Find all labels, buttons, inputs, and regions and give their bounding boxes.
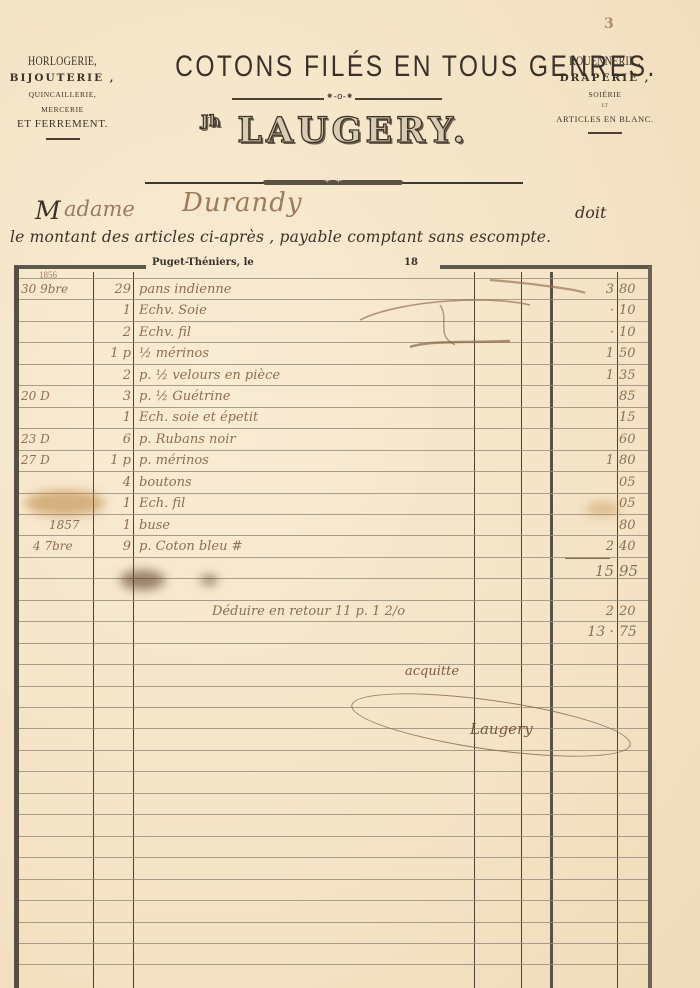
row-description: p. mérinos [139, 450, 469, 471]
ornamental-long-rule: ✶ ✶ [145, 180, 523, 186]
ruling-line [19, 900, 648, 901]
ruling-line [19, 793, 648, 794]
row-qty: 1 [95, 407, 135, 428]
place-date-label: Puget-Théniers, le [152, 257, 254, 268]
row-cents: 10 [619, 322, 649, 343]
sum-underline [565, 558, 610, 560]
printed-m: M [35, 196, 61, 225]
tagline: COTONS FILÉS EN TOUS GENRES. [175, 50, 495, 84]
row-cents: 60 [619, 429, 649, 450]
ledger-subtotal-row: 15 95 [19, 561, 648, 582]
terms-line: le montant des articles ci-après , payab… [10, 228, 551, 246]
ruling-line [19, 879, 648, 880]
row-description: Ech. fil [139, 493, 469, 514]
row-date: 4 7bre [21, 536, 105, 557]
row-cents: 85 [619, 386, 649, 407]
row-cents: 35 [619, 365, 649, 386]
row-qty: 6 [95, 429, 135, 450]
row-qty: 9 [95, 536, 135, 557]
row-qty: 2 [95, 365, 135, 386]
firm-name: Jh LAUGERY. [160, 110, 510, 151]
row-cents: 80 [619, 515, 649, 536]
subtotal-francs: 15 [554, 561, 618, 582]
ledger-row: 1857 1 buse 80 [19, 515, 648, 536]
ruling-line [19, 836, 648, 837]
trade-quincaillerie: QUINCAILLERIE, [0, 90, 125, 99]
row-francs [554, 386, 618, 407]
deduction-description: Déduire en retour 11 p. 1 2/o [212, 601, 542, 622]
ledger-row: 1 Ech. soie et épetit 15 [19, 407, 648, 428]
row-francs [554, 429, 618, 450]
row-francs: 1 [554, 365, 618, 386]
salutation-handwritten: adame [64, 197, 135, 221]
row-date [21, 343, 93, 364]
ruling-line [19, 964, 648, 965]
trade-soierie: SOIÉRIE [540, 90, 670, 99]
deduction-cents: 20 [619, 601, 649, 622]
page-marker: 3 [604, 16, 616, 34]
row-description: buse [139, 515, 469, 536]
row-cents: 40 [619, 536, 649, 557]
row-date [21, 365, 93, 386]
row-cents: 80 [619, 450, 649, 471]
ruling-line [19, 943, 648, 944]
row-cents: 15 [619, 407, 649, 428]
row-date [21, 493, 93, 514]
ledger-row: 4 7bre 9 p. Coton bleu # 2 40 [19, 536, 648, 557]
total-cents: 75 [619, 622, 649, 643]
doit-label: doit [575, 203, 606, 222]
trade-horlogerie: HORLOGERIE, [13, 54, 113, 69]
signature: Laugery [470, 720, 533, 738]
firm-prefix: Jh [201, 112, 221, 130]
ruling-line [19, 643, 648, 644]
row-cents: 80 [619, 279, 649, 300]
ruling-line [19, 814, 648, 815]
ledger-row: 20 D 3 p. ½ Guétrine 85 [19, 386, 648, 407]
star-ornament-icon: ✶ ✶ [323, 175, 343, 186]
row-cents: 50 [619, 343, 649, 364]
ledger-row: 2 p. ½ velours en pièce 1 35 [19, 365, 648, 386]
subtotal-cents: 95 [619, 561, 649, 582]
row-description: p. ½ velours en pièce [139, 365, 469, 386]
acquit-note: acquitte [405, 664, 459, 679]
deduction-francs: 2 [554, 601, 618, 622]
trade-mercerie: MERCERIE [0, 105, 125, 114]
ruling-line [19, 664, 648, 665]
ledger-row: 4 boutons 05 [19, 472, 648, 493]
trade-et: ET [540, 104, 670, 109]
row-qty: 1 [95, 515, 135, 536]
letterhead-left: HORLOGERIE, BIJOUTERIE , QUINCAILLERIE, … [0, 54, 125, 140]
row-date: 30 9bre [21, 279, 93, 300]
row-description: p. Rubans noir [139, 429, 469, 450]
row-qty: 29 [95, 279, 135, 300]
table-top-bar-left [14, 265, 146, 269]
row-qty: 1 p [95, 450, 135, 471]
ledger-row: 1 Ech. fil 05 [19, 493, 648, 514]
ornamental-rule: ⁕-o-⁕ [232, 96, 442, 102]
trade-bijouterie: BIJOUTERIE , [0, 72, 125, 84]
year-prefix: 18 [404, 257, 418, 268]
ledger-deduction-row: Déduire en retour 11 p. 1 2/o 2 20 [19, 601, 648, 622]
row-francs [554, 515, 618, 536]
trade-ferrement: ET FERREMENT. [0, 118, 125, 130]
row-description: p. Coton bleu # [139, 536, 469, 557]
row-qty: 3 [95, 386, 135, 407]
row-date [21, 300, 93, 321]
row-date: 27 D [21, 450, 93, 471]
row-francs [554, 472, 618, 493]
row-description: boutons [139, 472, 469, 493]
row-description: p. ½ Guétrine [139, 386, 469, 407]
divider [588, 132, 622, 134]
row-date [21, 472, 93, 493]
row-francs: 1 [554, 450, 618, 471]
customer-name: Durandy [182, 188, 303, 218]
row-cents: 10 [619, 300, 649, 321]
row-description: Ech. soie et épetit [139, 407, 469, 428]
ruling-line [19, 857, 648, 858]
row-francs [554, 493, 618, 514]
ornament-icon: ⁕-o-⁕ [324, 92, 355, 102]
row-cents: 05 [619, 472, 649, 493]
row-qty: 1 [95, 493, 135, 514]
table-top-bar-right [440, 265, 652, 269]
ruling-line [19, 771, 648, 772]
ruling-line [19, 922, 648, 923]
row-qty: 1 [95, 300, 135, 321]
ruling-line [19, 686, 648, 687]
ledger-total-row: 13 · 75 [19, 622, 648, 643]
ruling-line [19, 707, 648, 708]
ledger-row: 23 D 6 p. Rubans noir 60 [19, 429, 648, 450]
ink-flourish [340, 275, 600, 365]
trade-articles-blanc: ARTICLES EN BLANC. [540, 114, 670, 124]
ruling-line [19, 557, 648, 558]
firm-surname: LAUGERY. [237, 110, 469, 151]
total-francs: 13 · [554, 622, 618, 643]
row-francs: 2 [554, 536, 618, 557]
row-date: 20 D [21, 386, 93, 407]
row-qty: 2 [95, 322, 135, 343]
row-francs [554, 407, 618, 428]
row-qty: 4 [95, 472, 135, 493]
row-date [21, 322, 93, 343]
row-cents: 05 [619, 493, 649, 514]
row-qty: 1 p [95, 343, 135, 364]
ledger-row: 27 D 1 p p. mérinos 1 80 [19, 450, 648, 471]
row-date: 23 D [21, 429, 93, 450]
row-date [21, 407, 93, 428]
divider [46, 138, 80, 140]
